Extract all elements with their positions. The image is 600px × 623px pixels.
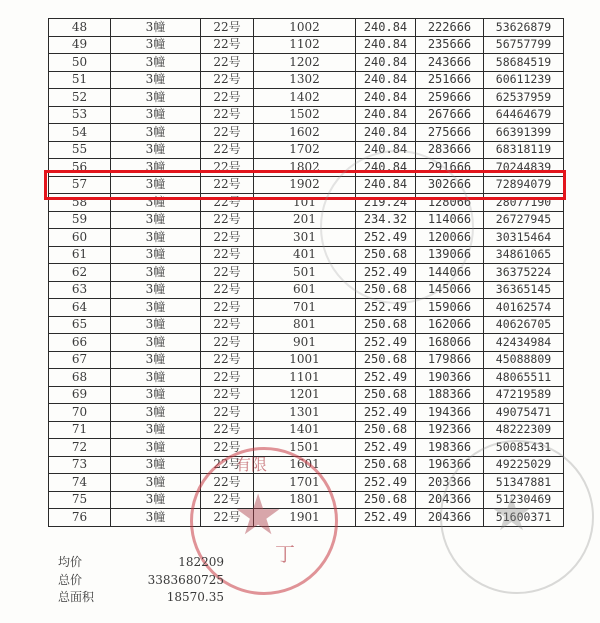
- total-price-cell: 28077190: [484, 194, 564, 212]
- building-cell: 3幢: [111, 474, 201, 492]
- total-price-cell: 45088809: [484, 351, 564, 369]
- row-index-cell: 51: [49, 71, 111, 89]
- room-number-cell: 1102: [254, 36, 356, 54]
- row-index-cell: 53: [49, 106, 111, 124]
- table-row: 583幢22号101219.2412806628077190: [49, 194, 564, 212]
- room-number-cell: 101: [254, 194, 356, 212]
- row-index-cell: 64: [49, 299, 111, 317]
- total-area-value: 18570.35: [128, 589, 224, 607]
- table-row: 533幢22号1502240.8426766664464679: [49, 106, 564, 124]
- total-price-cell: 53626879: [484, 19, 564, 37]
- building-cell: 3幢: [111, 124, 201, 142]
- total-price-cell: 56757799: [484, 36, 564, 54]
- total-price-cell: 51347881: [484, 474, 564, 492]
- total-price-cell: 36365145: [484, 281, 564, 299]
- building-cell: 3幢: [111, 194, 201, 212]
- unit-price-cell: 291666: [416, 159, 484, 177]
- total-price-cell: 49075471: [484, 404, 564, 422]
- building-cell: 3幢: [111, 369, 201, 387]
- room-number-cell: 501: [254, 264, 356, 282]
- area-cell: 240.84: [356, 71, 416, 89]
- room-number-cell: 401: [254, 246, 356, 264]
- row-index-cell: 76: [49, 509, 111, 527]
- unit-number-cell: 22号: [201, 334, 254, 352]
- building-cell: 3幢: [111, 421, 201, 439]
- room-number-cell: 1502: [254, 106, 356, 124]
- room-number-cell: 1901: [254, 509, 356, 527]
- unit-price-cell: 145066: [416, 281, 484, 299]
- room-number-cell: 1501: [254, 439, 356, 457]
- unit-number-cell: 22号: [201, 281, 254, 299]
- room-number-cell: 1201: [254, 386, 356, 404]
- total-price-cell: 26727945: [484, 211, 564, 229]
- total-price-cell: 50085431: [484, 439, 564, 457]
- table-row: 743幢22号1701252.4920336651347881: [49, 474, 564, 492]
- unit-number-cell: 22号: [201, 19, 254, 37]
- unit-number-cell: 22号: [201, 89, 254, 107]
- table-row: 573幢22号1902240.8430266672894079: [49, 176, 564, 194]
- unit-price-cell: 179866: [416, 351, 484, 369]
- table-row: 733幢22号1601250.6819636649225029: [49, 456, 564, 474]
- table-row: 673幢22号1001250.6817986645088809: [49, 351, 564, 369]
- table-row: 523幢22号1402240.8425966662537959: [49, 89, 564, 107]
- table-row: 753幢22号1801250.6820436651230469: [49, 491, 564, 509]
- unit-price-cell: 162066: [416, 316, 484, 334]
- unit-price-cell: 192366: [416, 421, 484, 439]
- row-index-cell: 69: [49, 386, 111, 404]
- area-cell: 250.68: [356, 351, 416, 369]
- room-number-cell: 1002: [254, 19, 356, 37]
- building-cell: 3幢: [111, 106, 201, 124]
- building-cell: 3幢: [111, 19, 201, 37]
- unit-price-cell: 188366: [416, 386, 484, 404]
- unit-price-cell: 159066: [416, 299, 484, 317]
- unit-number-cell: 22号: [201, 264, 254, 282]
- avg-price-value: 182209: [128, 554, 224, 572]
- total-price-cell: 40626705: [484, 316, 564, 334]
- area-cell: 252.49: [356, 299, 416, 317]
- area-cell: 240.84: [356, 89, 416, 107]
- area-cell: 250.68: [356, 421, 416, 439]
- unit-number-cell: 22号: [201, 211, 254, 229]
- table-row: 513幢22号1302240.8425166660611239: [49, 71, 564, 89]
- area-cell: 252.49: [356, 439, 416, 457]
- row-index-cell: 54: [49, 124, 111, 142]
- unit-price-cell: 275666: [416, 124, 484, 142]
- row-index-cell: 58: [49, 194, 111, 212]
- total-price-cell: 58684519: [484, 54, 564, 72]
- row-index-cell: 57: [49, 176, 111, 194]
- table-row: 563幢22号1802240.8429166670244839: [49, 159, 564, 177]
- table-row: 543幢22号1602240.8427566666391399: [49, 124, 564, 142]
- unit-number-cell: 22号: [201, 386, 254, 404]
- total-price-label: 总价: [58, 572, 128, 590]
- building-cell: 3幢: [111, 71, 201, 89]
- building-cell: 3幢: [111, 211, 201, 229]
- table-row: 623幢22号501252.4914406636375224: [49, 264, 564, 282]
- area-cell: 252.49: [356, 369, 416, 387]
- table-row: 653幢22号801250.6816206640626705: [49, 316, 564, 334]
- table-row: 703幢22号1301252.4919436649075471: [49, 404, 564, 422]
- unit-number-cell: 22号: [201, 456, 254, 474]
- row-index-cell: 70: [49, 404, 111, 422]
- row-index-cell: 74: [49, 474, 111, 492]
- unit-price-cell: 196366: [416, 456, 484, 474]
- total-price-cell: 48222309: [484, 421, 564, 439]
- area-cell: 252.49: [356, 404, 416, 422]
- building-cell: 3幢: [111, 404, 201, 422]
- unit-price-cell: 204366: [416, 491, 484, 509]
- area-cell: 252.49: [356, 229, 416, 247]
- unit-number-cell: 22号: [201, 316, 254, 334]
- room-number-cell: 1902: [254, 176, 356, 194]
- unit-price-cell: 128066: [416, 194, 484, 212]
- room-number-cell: 1601: [254, 456, 356, 474]
- row-index-cell: 67: [49, 351, 111, 369]
- total-price-cell: 60611239: [484, 71, 564, 89]
- unit-price-cell: 251666: [416, 71, 484, 89]
- row-index-cell: 50: [49, 54, 111, 72]
- table-row: 693幢22号1201250.6818836647219589: [49, 386, 564, 404]
- building-cell: 3幢: [111, 89, 201, 107]
- area-cell: 252.49: [356, 264, 416, 282]
- unit-number-cell: 22号: [201, 474, 254, 492]
- unit-price-cell: 204366: [416, 509, 484, 527]
- unit-number-cell: 22号: [201, 421, 254, 439]
- row-index-cell: 68: [49, 369, 111, 387]
- unit-number-cell: 22号: [201, 246, 254, 264]
- room-number-cell: 1602: [254, 124, 356, 142]
- building-cell: 3幢: [111, 299, 201, 317]
- area-cell: 219.24: [356, 194, 416, 212]
- unit-number-cell: 22号: [201, 54, 254, 72]
- area-cell: 252.49: [356, 474, 416, 492]
- building-cell: 3幢: [111, 141, 201, 159]
- room-number-cell: 1101: [254, 369, 356, 387]
- room-number-cell: 901: [254, 334, 356, 352]
- room-number-cell: 1301: [254, 404, 356, 422]
- area-cell: 240.84: [356, 36, 416, 54]
- area-cell: 240.84: [356, 176, 416, 194]
- building-cell: 3幢: [111, 281, 201, 299]
- room-number-cell: 1701: [254, 474, 356, 492]
- price-list-body: 483幢22号1002240.8422266653626879493幢22号11…: [49, 19, 564, 527]
- unit-number-cell: 22号: [201, 176, 254, 194]
- row-index-cell: 56: [49, 159, 111, 177]
- table-row: 493幢22号1102240.8423566656757799: [49, 36, 564, 54]
- row-index-cell: 62: [49, 264, 111, 282]
- room-number-cell: 801: [254, 316, 356, 334]
- table-row: 643幢22号701252.4915906640162574: [49, 299, 564, 317]
- room-number-cell: 1401: [254, 421, 356, 439]
- unit-number-cell: 22号: [201, 229, 254, 247]
- unit-price-cell: 222666: [416, 19, 484, 37]
- building-cell: 3幢: [111, 439, 201, 457]
- summary-total-area: 总面积 18570.35: [58, 589, 224, 607]
- area-cell: 240.84: [356, 54, 416, 72]
- unit-number-cell: 22号: [201, 439, 254, 457]
- table-row: 633幢22号601250.6814506636365145: [49, 281, 564, 299]
- row-index-cell: 75: [49, 491, 111, 509]
- total-price-cell: 49225029: [484, 456, 564, 474]
- building-cell: 3幢: [111, 491, 201, 509]
- area-cell: 252.49: [356, 334, 416, 352]
- building-cell: 3幢: [111, 176, 201, 194]
- room-number-cell: 1801: [254, 491, 356, 509]
- room-number-cell: 1702: [254, 141, 356, 159]
- total-price-cell: 47219589: [484, 386, 564, 404]
- unit-number-cell: 22号: [201, 141, 254, 159]
- area-cell: 240.84: [356, 124, 416, 142]
- unit-number-cell: 22号: [201, 194, 254, 212]
- table-row: 723幢22号1501252.4919836650085431: [49, 439, 564, 457]
- total-price-cell: 30315464: [484, 229, 564, 247]
- room-number-cell: 1402: [254, 89, 356, 107]
- area-cell: 250.68: [356, 491, 416, 509]
- table-row: 603幢22号301252.4912006630315464: [49, 229, 564, 247]
- avg-price-label: 均价: [58, 554, 128, 572]
- area-cell: 250.68: [356, 246, 416, 264]
- table-row: 613幢22号401250.6813906634861065: [49, 246, 564, 264]
- area-cell: 240.84: [356, 159, 416, 177]
- total-price-value: 3383680725: [128, 572, 224, 590]
- table-row: 713幢22号1401250.6819236648222309: [49, 421, 564, 439]
- unit-number-cell: 22号: [201, 71, 254, 89]
- unit-number-cell: 22号: [201, 491, 254, 509]
- row-index-cell: 73: [49, 456, 111, 474]
- unit-price-cell: 283666: [416, 141, 484, 159]
- unit-price-cell: 267666: [416, 106, 484, 124]
- room-number-cell: 1202: [254, 54, 356, 72]
- total-price-cell: 34861065: [484, 246, 564, 264]
- room-number-cell: 601: [254, 281, 356, 299]
- summary-avg-price: 均价 182209: [58, 554, 224, 572]
- building-cell: 3幢: [111, 351, 201, 369]
- row-index-cell: 66: [49, 334, 111, 352]
- table-row: 763幢22号1901252.4920436651600371: [49, 509, 564, 527]
- building-cell: 3幢: [111, 36, 201, 54]
- area-cell: 250.68: [356, 281, 416, 299]
- area-cell: 250.68: [356, 316, 416, 334]
- unit-price-cell: 259666: [416, 89, 484, 107]
- price-summary: 均价 182209 总价 3383680725 总面积 18570.35: [58, 554, 224, 607]
- room-number-cell: 1802: [254, 159, 356, 177]
- area-cell: 240.84: [356, 141, 416, 159]
- row-index-cell: 60: [49, 229, 111, 247]
- building-cell: 3幢: [111, 456, 201, 474]
- row-index-cell: 55: [49, 141, 111, 159]
- total-price-cell: 66391399: [484, 124, 564, 142]
- row-index-cell: 65: [49, 316, 111, 334]
- unit-price-cell: 168066: [416, 334, 484, 352]
- building-cell: 3幢: [111, 386, 201, 404]
- area-cell: 240.84: [356, 106, 416, 124]
- building-cell: 3幢: [111, 246, 201, 264]
- row-index-cell: 61: [49, 246, 111, 264]
- table-row: 593幢22号201234.3211406626727945: [49, 211, 564, 229]
- row-index-cell: 48: [49, 19, 111, 37]
- room-number-cell: 301: [254, 229, 356, 247]
- area-cell: 250.68: [356, 456, 416, 474]
- total-price-cell: 64464679: [484, 106, 564, 124]
- total-price-cell: 70244839: [484, 159, 564, 177]
- total-price-cell: 51600371: [484, 509, 564, 527]
- room-number-cell: 701: [254, 299, 356, 317]
- building-cell: 3幢: [111, 54, 201, 72]
- unit-number-cell: 22号: [201, 509, 254, 527]
- area-cell: 250.68: [356, 386, 416, 404]
- total-price-cell: 62537959: [484, 89, 564, 107]
- unit-price-cell: 243666: [416, 54, 484, 72]
- unit-price-cell: 114066: [416, 211, 484, 229]
- unit-price-cell: 302666: [416, 176, 484, 194]
- table-row: 483幢22号1002240.8422266653626879: [49, 19, 564, 37]
- row-index-cell: 72: [49, 439, 111, 457]
- area-cell: 240.84: [356, 19, 416, 37]
- total-price-cell: 40162574: [484, 299, 564, 317]
- building-cell: 3幢: [111, 159, 201, 177]
- unit-number-cell: 22号: [201, 36, 254, 54]
- total-price-cell: 42434984: [484, 334, 564, 352]
- building-cell: 3幢: [111, 316, 201, 334]
- unit-price-cell: 120066: [416, 229, 484, 247]
- summary-total-price: 总价 3383680725: [58, 572, 224, 590]
- row-index-cell: 52: [49, 89, 111, 107]
- total-price-cell: 48065511: [484, 369, 564, 387]
- building-cell: 3幢: [111, 264, 201, 282]
- unit-number-cell: 22号: [201, 106, 254, 124]
- price-list-table: 483幢22号1002240.8422266653626879493幢22号11…: [48, 18, 564, 527]
- total-price-cell: 36375224: [484, 264, 564, 282]
- seal-character: 丁: [275, 538, 295, 567]
- unit-price-cell: 198366: [416, 439, 484, 457]
- table-row: 553幢22号1702240.8428366668318119: [49, 141, 564, 159]
- table-row: 503幢22号1202240.8424366658684519: [49, 54, 564, 72]
- building-cell: 3幢: [111, 334, 201, 352]
- unit-number-cell: 22号: [201, 159, 254, 177]
- row-index-cell: 71: [49, 421, 111, 439]
- unit-price-cell: 144066: [416, 264, 484, 282]
- building-cell: 3幢: [111, 229, 201, 247]
- unit-price-cell: 139066: [416, 246, 484, 264]
- unit-price-cell: 203366: [416, 474, 484, 492]
- unit-number-cell: 22号: [201, 299, 254, 317]
- row-index-cell: 59: [49, 211, 111, 229]
- area-cell: 234.32: [356, 211, 416, 229]
- total-price-cell: 68318119: [484, 141, 564, 159]
- total-price-cell: 51230469: [484, 491, 564, 509]
- row-index-cell: 63: [49, 281, 111, 299]
- unit-number-cell: 22号: [201, 124, 254, 142]
- table-row: 683幢22号1101252.4919036648065511: [49, 369, 564, 387]
- room-number-cell: 1001: [254, 351, 356, 369]
- total-area-label: 总面积: [58, 589, 128, 607]
- unit-number-cell: 22号: [201, 369, 254, 387]
- table-row: 663幢22号901252.4916806642434984: [49, 334, 564, 352]
- unit-number-cell: 22号: [201, 351, 254, 369]
- room-number-cell: 201: [254, 211, 356, 229]
- room-number-cell: 1302: [254, 71, 356, 89]
- unit-number-cell: 22号: [201, 404, 254, 422]
- unit-price-cell: 194366: [416, 404, 484, 422]
- unit-price-cell: 235666: [416, 36, 484, 54]
- total-price-cell: 72894079: [484, 176, 564, 194]
- row-index-cell: 49: [49, 36, 111, 54]
- area-cell: 252.49: [356, 509, 416, 527]
- building-cell: 3幢: [111, 509, 201, 527]
- unit-price-cell: 190366: [416, 369, 484, 387]
